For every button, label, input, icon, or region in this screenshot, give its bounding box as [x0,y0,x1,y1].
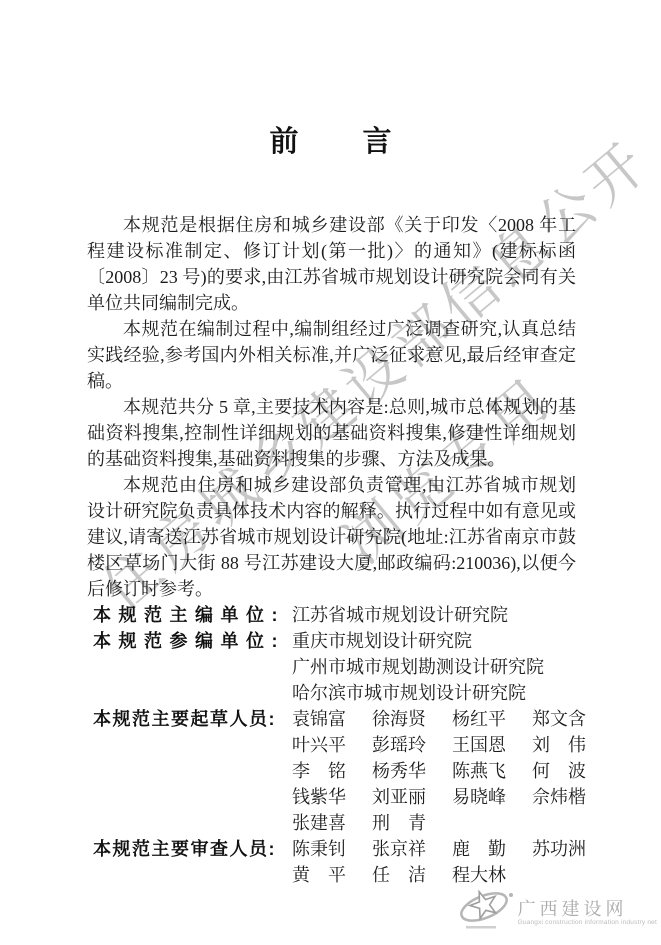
star-icon [458,886,514,939]
person-name: 杨秀华 [372,758,426,784]
participant-unit: 哈尔滨市城市规划设计研究院 [292,680,526,706]
person-name: 彭瑶玲 [372,732,426,758]
person-name: 易晓峰 [452,784,506,810]
drafters-row: 叶兴平 彭瑶玲 王国恩 刘 伟 [93,732,576,758]
site-logo: 广西建设网 Guangxi construction information i… [458,886,657,939]
person-name: 叶兴平 [292,732,346,758]
person-name: 佘炜楷 [532,784,586,810]
person-name: 陈燕飞 [452,758,506,784]
person-name: 刘 伟 [532,732,586,758]
drafters-row: 张建喜 刑 青 [93,810,576,836]
person-name: 钱紫华 [292,784,346,810]
chief-editor-row: 本规范主编单位: 江苏省城市规划设计研究院 [93,602,576,628]
participant-row: 哈尔滨市城市规划设计研究院 [93,680,576,706]
paragraph-2: 本规范在编制过程中,编制组经过广泛调查研究,认真总结实践经验,参考国内外相关标准… [87,316,576,394]
person-name: 杨红平 [452,706,506,732]
logo-title: 广西建设网 [518,899,657,919]
person-name: 王国恩 [452,732,506,758]
page-title: 前 言 [87,127,576,158]
paragraph-4: 本规范由住房和城乡建设部负责管理,由江苏省城市规划设计研究院负责具体技术内容的解… [87,472,576,602]
participant-unit: 广州市城市规划勘测设计研究院 [292,654,544,680]
person-name: 陈秉钊 [292,836,346,862]
person-name: 何 波 [532,758,586,784]
person-name: 郑文含 [532,706,586,732]
person-name: 刘亚丽 [372,784,426,810]
drafters-row: 李 铭 杨秀华 陈燕飞 何 波 [93,758,576,784]
participant-unit: 重庆市规划设计研究院 [292,628,472,654]
person-name: 鹿 勤 [452,836,506,862]
person-name: 张京祥 [372,836,426,862]
participants-label: 本规范参编单位: [93,628,292,654]
person-name: 刑 青 [372,810,426,836]
paragraph-1: 本规范是根据住房和城乡建设部《关于印发〈2008 年工程建设标准制定、修订计划(… [87,212,576,316]
drafters-label: 本规范主要起草人员: [93,706,292,732]
person-name: 张建喜 [292,810,346,836]
person-name: 徐海贤 [372,706,426,732]
person-name: 袁锦富 [292,706,346,732]
logo-tagline: Guangxi construction information industr… [518,919,657,927]
drafters-row: 钱紫华 刘亚丽 易晓峰 佘炜楷 [93,784,576,810]
paragraph-3: 本规范共分 5 章,主要技术内容是:总则,城市总体规划的基础资料搜集,控制性详细… [87,394,576,472]
person-name: 黄 平 [292,862,346,888]
document-page: 住房城乡建设部信息公开 浏览专用 前 言 本规范是根据住房和城乡建设部《关于印发… [0,0,661,945]
person-name: 苏功洲 [532,836,586,862]
person-name: 任 洁 [372,862,426,888]
chief-editor-unit: 江苏省城市规划设计研究院 [292,602,508,628]
participant-row: 广州市城市规划勘测设计研究院 [93,654,576,680]
person-name: 程大林 [452,862,506,888]
drafters-row: 本规范主要起草人员: 袁锦富 徐海贤 杨红平 郑文含 [93,706,576,732]
editorial-list: 本规范主编单位: 江苏省城市规划设计研究院 本规范参编单位: 重庆市规划设计研究… [87,602,576,888]
participant-row: 本规范参编单位: 重庆市规划设计研究院 [93,628,576,654]
reviewers-row: 本规范主要审查人员: 陈秉钊 张京祥 鹿 勤 苏功洲 [93,836,576,862]
person-name: 李 铭 [292,758,346,784]
chief-editor-label: 本规范主编单位: [93,602,292,628]
reviewers-row: 黄 平 任 洁 程大林 [93,862,576,888]
reviewers-label: 本规范主要审查人员: [93,836,292,862]
document-content: 前 言 本规范是根据住房和城乡建设部《关于印发〈2008 年工程建设标准制定、修… [87,127,576,888]
